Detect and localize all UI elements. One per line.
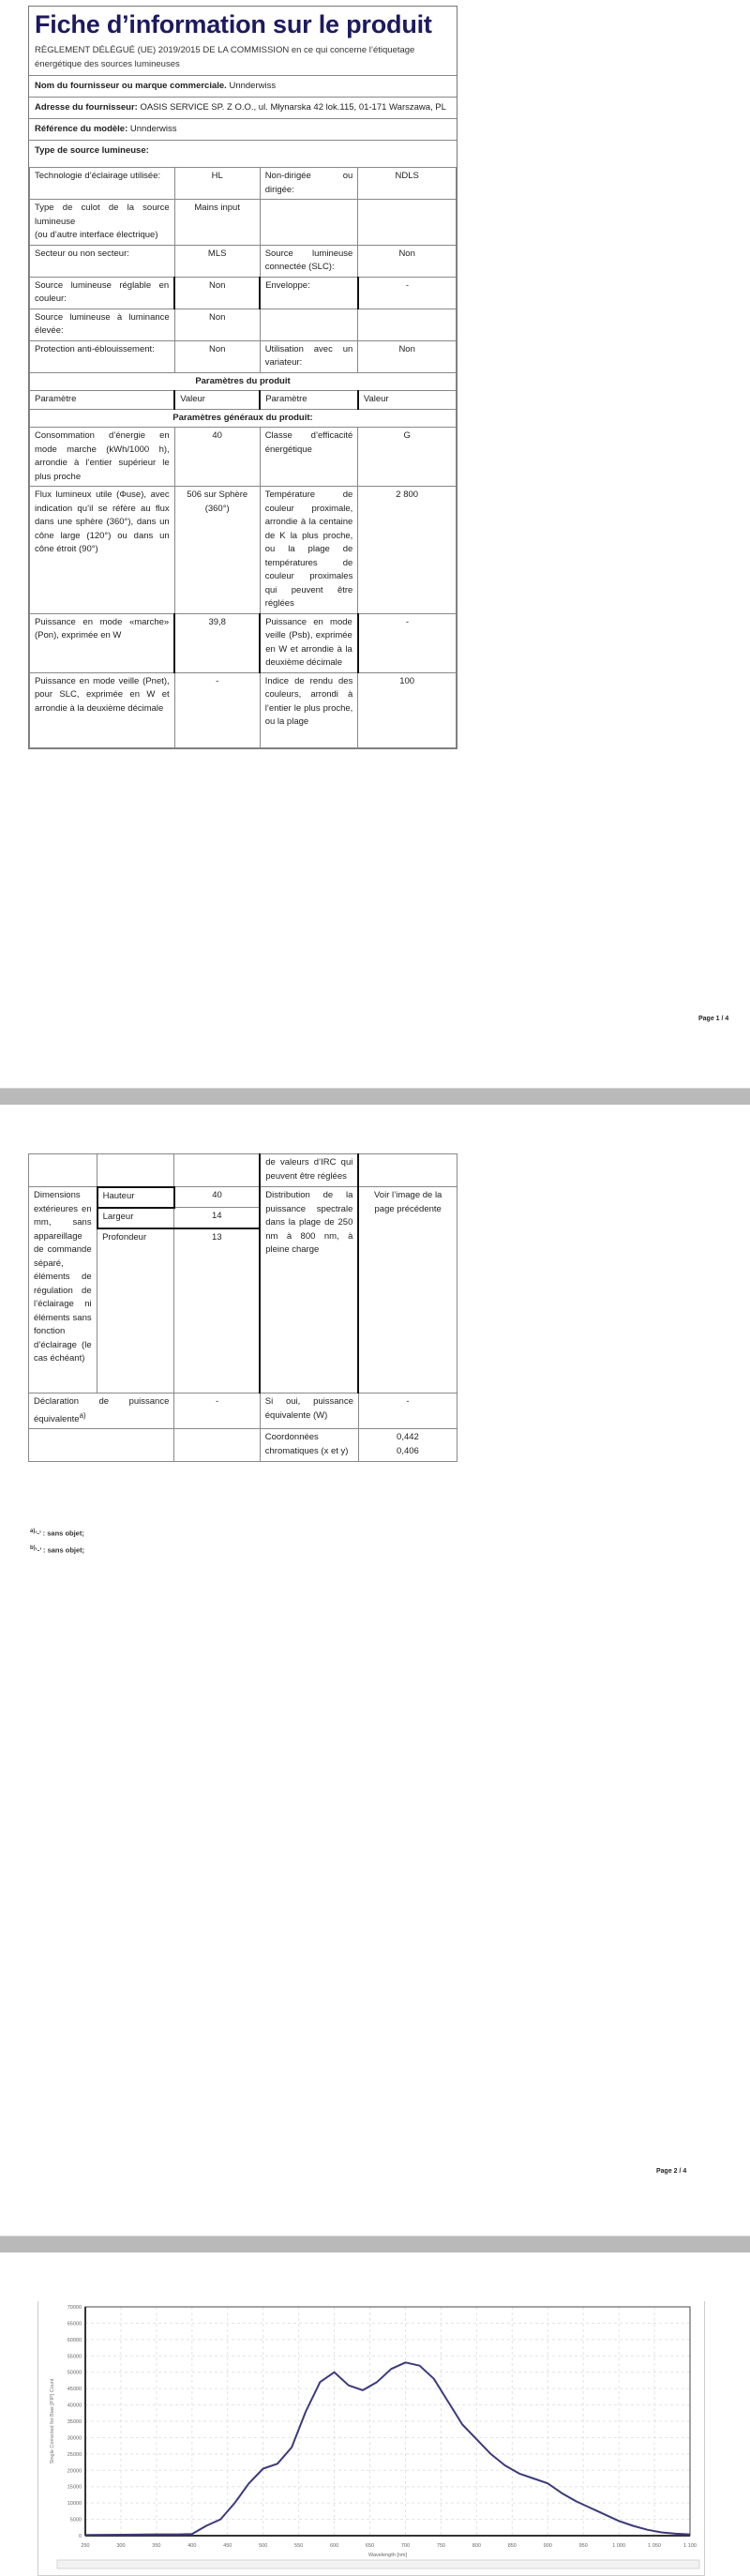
supplier-address-label: Adresse du fournisseur: [35,102,138,113]
param-value: 40 [174,428,260,487]
spd-label: Distribution de la puissance spectrale d… [260,1187,358,1393]
type-param-label-2 [260,200,358,246]
type-row: Source lumineuse à luminance élevée:Non [30,309,457,340]
svg-text:850: 850 [508,2543,517,2549]
product-params-heading: Paramètres du produit [30,372,457,391]
type-param-value-2: Non [358,340,457,372]
chromaticity-values: 0,442 0,406 [358,1429,457,1462]
type-param-label-2: Source lumineuse connectée (SLC): [260,245,358,277]
type-param-label-2: Utilisation avec un variateur: [260,340,358,372]
type-param-value: Non [174,340,260,372]
svg-text:20000: 20000 [67,2468,82,2474]
svg-text:55000: 55000 [67,2354,82,2359]
type-param-label-2 [260,309,358,340]
param-value-2: G [358,428,457,487]
general-params-heading: Paramètres généraux du produit: [30,409,457,428]
col-header-value-2: Valeur [358,391,457,410]
param-value-2: - [358,613,457,672]
page-separator-2 [0,2236,750,2254]
dimension-width-value: 14 [174,1208,260,1228]
page-3: 0500010000150002000025000300003500040000… [0,2252,750,2576]
light-source-type-row: Type de source lumineuse: [29,140,457,167]
svg-text:0: 0 [79,2534,82,2539]
svg-text:Single Corrected for Bias [PIP: Single Corrected for Bias [PIP] Count [50,2378,55,2463]
model-reference-row: Référence du modèle: Unnderwiss [29,118,457,140]
type-param-value-2: - [358,277,457,309]
svg-text:10000: 10000 [67,2501,82,2507]
type-param-label-2: Enveloppe: [260,277,358,309]
svg-text:15000: 15000 [67,2485,82,2491]
equivalent-power-declaration-value: - [174,1393,260,1429]
type-param-label: Source lumineuse à luminance élevée: [30,309,175,340]
type-param-label: Technologie d’éclairage utilisée: [30,168,175,200]
type-row: Source lumineuse réglable en couleur:Non… [30,277,457,309]
svg-text:70000: 70000 [67,2305,82,2311]
svg-text:550: 550 [294,2543,303,2549]
footnote-a: a)‘-’ : sans objet; [30,1529,84,1538]
dimension-height-label: Hauteur [97,1187,174,1208]
supplier-name-row: Nom du fournisseur ou marque commerciale… [29,75,457,97]
column-header-row: Paramètre Valeur Paramètre Valeur [30,391,457,410]
spec-table-continued: de valeurs d’IRC qui peuvent être réglée… [28,1153,457,1462]
svg-text:25000: 25000 [67,2452,82,2458]
regulation-text: RÈGLEMENT DÉLÉGUÉ (UE) 2019/2015 DE LA C… [29,41,457,75]
svg-text:350: 350 [152,2543,160,2549]
svg-text:1 100: 1 100 [683,2543,697,2549]
type-row: Type de culot de la source lumineuse (ou… [30,200,457,246]
spd-value: Voir l’image de la page précédente [358,1187,457,1393]
cri-range-continued: de valeurs d’IRC qui peuvent être réglée… [260,1154,358,1187]
supplier-address-value: OASIS SERVICE SP. Z O.O., ul. Młynarska … [140,102,445,113]
param-label-2: Température de couleur proximale, arrond… [260,487,358,614]
param-row: Flux lumineux utile (Φuse), avec indicat… [30,487,457,614]
svg-text:5000: 5000 [70,2518,82,2523]
spec-table: Technologie d’éclairage utilisée:HLNon-d… [29,167,457,748]
dimension-height-value: 40 [174,1187,260,1208]
svg-text:450: 450 [223,2543,232,2549]
param-label: Puissance en mode veille (Pnet), pour SL… [30,672,175,747]
equivalent-power-declaration-label: Déclaration de puissance équivalentea) [29,1393,174,1429]
svg-text:300: 300 [116,2543,125,2549]
chromaticity-y: 0,406 [364,1445,452,1459]
equivalent-power-label: Si oui, puissance équivalente (W) [260,1393,358,1429]
type-row: Protection anti-éblouissement:NonUtilisa… [30,340,457,372]
product-info-sheet: Fiche d’information sur le produit RÈGLE… [28,6,457,749]
svg-text:35000: 35000 [67,2419,82,2425]
type-param-value: HL [174,168,260,200]
param-row: Puissance en mode «marche» (Pon), exprim… [30,613,457,672]
svg-text:750: 750 [437,2543,445,2549]
svg-text:500: 500 [259,2543,267,2549]
svg-text:400: 400 [187,2543,196,2549]
param-label-2: Classe d’efficacité énergétique [260,428,358,487]
svg-text:1 000: 1 000 [612,2543,625,2549]
col-header-param-2: Paramètre [260,391,358,410]
svg-text:Wavelength [nm]: Wavelength [nm] [368,2553,408,2558]
footnote-b: b)‘-’ : sans objet; [30,1545,84,1555]
svg-text:30000: 30000 [67,2435,82,2441]
chromaticity-label: Coordonnées chromatiques (x et y) [260,1429,358,1462]
supplier-name-value: Unnderwiss [229,81,276,91]
svg-text:950: 950 [579,2543,588,2549]
type-param-value: Mains input [174,200,260,246]
param-label: Flux lumineux utile (Φuse), avec indicat… [30,487,175,614]
type-param-value: Non [174,277,260,309]
chromaticity-x: 0,442 [364,1431,452,1445]
svg-text:50000: 50000 [67,2371,82,2376]
equivalent-power-value: - [358,1393,457,1429]
param-label-2: Puissance en mode veille (Psb), exprimée… [260,613,358,672]
col-header-param-1: Paramètre [30,391,175,410]
svg-text:1 050: 1 050 [648,2543,661,2549]
page-number: Page 1 / 4 [698,1016,728,1022]
svg-text:45000: 45000 [67,2387,82,2392]
type-param-value-2: Non [358,245,457,277]
page-number-2: Page 2 / 4 [656,2168,686,2175]
page-separator [0,1088,750,1107]
type-param-value: MLS [174,245,260,277]
svg-text:65000: 65000 [67,2321,82,2327]
type-param-label-2: Non-dirigée ou dirigée: [260,168,358,200]
page-1: Fiche d’information sur le produit RÈGLE… [0,0,750,1088]
svg-text:800: 800 [472,2543,481,2549]
svg-text:40000: 40000 [67,2403,82,2409]
param-value: 39,8 [174,613,260,672]
light-source-type-label: Type de source lumineuse: [35,145,149,156]
type-param-label: Secteur ou non secteur: [30,245,175,277]
param-value-2: 100 [358,672,457,747]
dimensions-label: Dimensions extérieures en mm, sans appar… [29,1187,97,1393]
spectral-distribution-chart: 0500010000150002000025000300003500040000… [37,2301,705,2576]
param-value-2: 2 800 [358,487,457,614]
param-value: 506 sur Sphère (360°) [174,487,260,614]
svg-text:600: 600 [330,2543,338,2549]
dimension-depth-label: Profondeur [97,1228,174,1393]
model-reference-value: Unnderwiss [130,124,177,134]
type-param-value: Non [174,309,260,340]
param-row: Puissance en mode veille (Pnet), pour SL… [30,672,457,747]
type-param-label: Protection anti-éblouissement: [30,340,175,372]
param-label: Consommation d’énergie en mode marche (k… [30,428,175,487]
svg-text:650: 650 [366,2543,374,2549]
type-row: Secteur ou non secteur:MLSSource lumineu… [30,245,457,277]
svg-text:700: 700 [401,2543,410,2549]
dimension-width-label: Largeur [97,1208,174,1228]
param-row: Consommation d’énergie en mode marche (k… [30,428,457,487]
type-param-label: Type de culot de la source lumineuse (ou… [30,200,175,246]
page-title: Fiche d’information sur le produit [29,7,457,41]
dimension-depth-value: 13 [174,1228,260,1393]
type-row: Technologie d’éclairage utilisée:HLNon-d… [30,168,457,200]
type-param-value-2: NDLS [358,168,457,200]
spectrum-plot: 0500010000150002000025000300003500040000… [38,2301,704,2575]
type-param-value-2 [358,309,457,340]
svg-text:900: 900 [544,2543,552,2549]
supplier-name-label: Nom du fournisseur ou marque commerciale… [35,81,227,91]
param-value: - [174,672,260,747]
type-param-value-2 [358,200,457,246]
type-param-label: Source lumineuse réglable en couleur: [30,277,175,309]
col-header-value-1: Valeur [174,391,260,410]
svg-text:60000: 60000 [67,2338,82,2343]
param-label-2: Indice de rendu des couleurs, arrondi à … [260,672,358,747]
model-reference-label: Référence du modèle: [35,124,127,134]
supplier-address-row: Adresse du fournisseur: OASIS SERVICE SP… [29,97,457,118]
param-label: Puissance en mode «marche» (Pon), exprim… [30,613,175,672]
page-2: de valeurs d’IRC qui peuvent être réglée… [0,1105,750,2237]
svg-text:250: 250 [81,2543,89,2549]
